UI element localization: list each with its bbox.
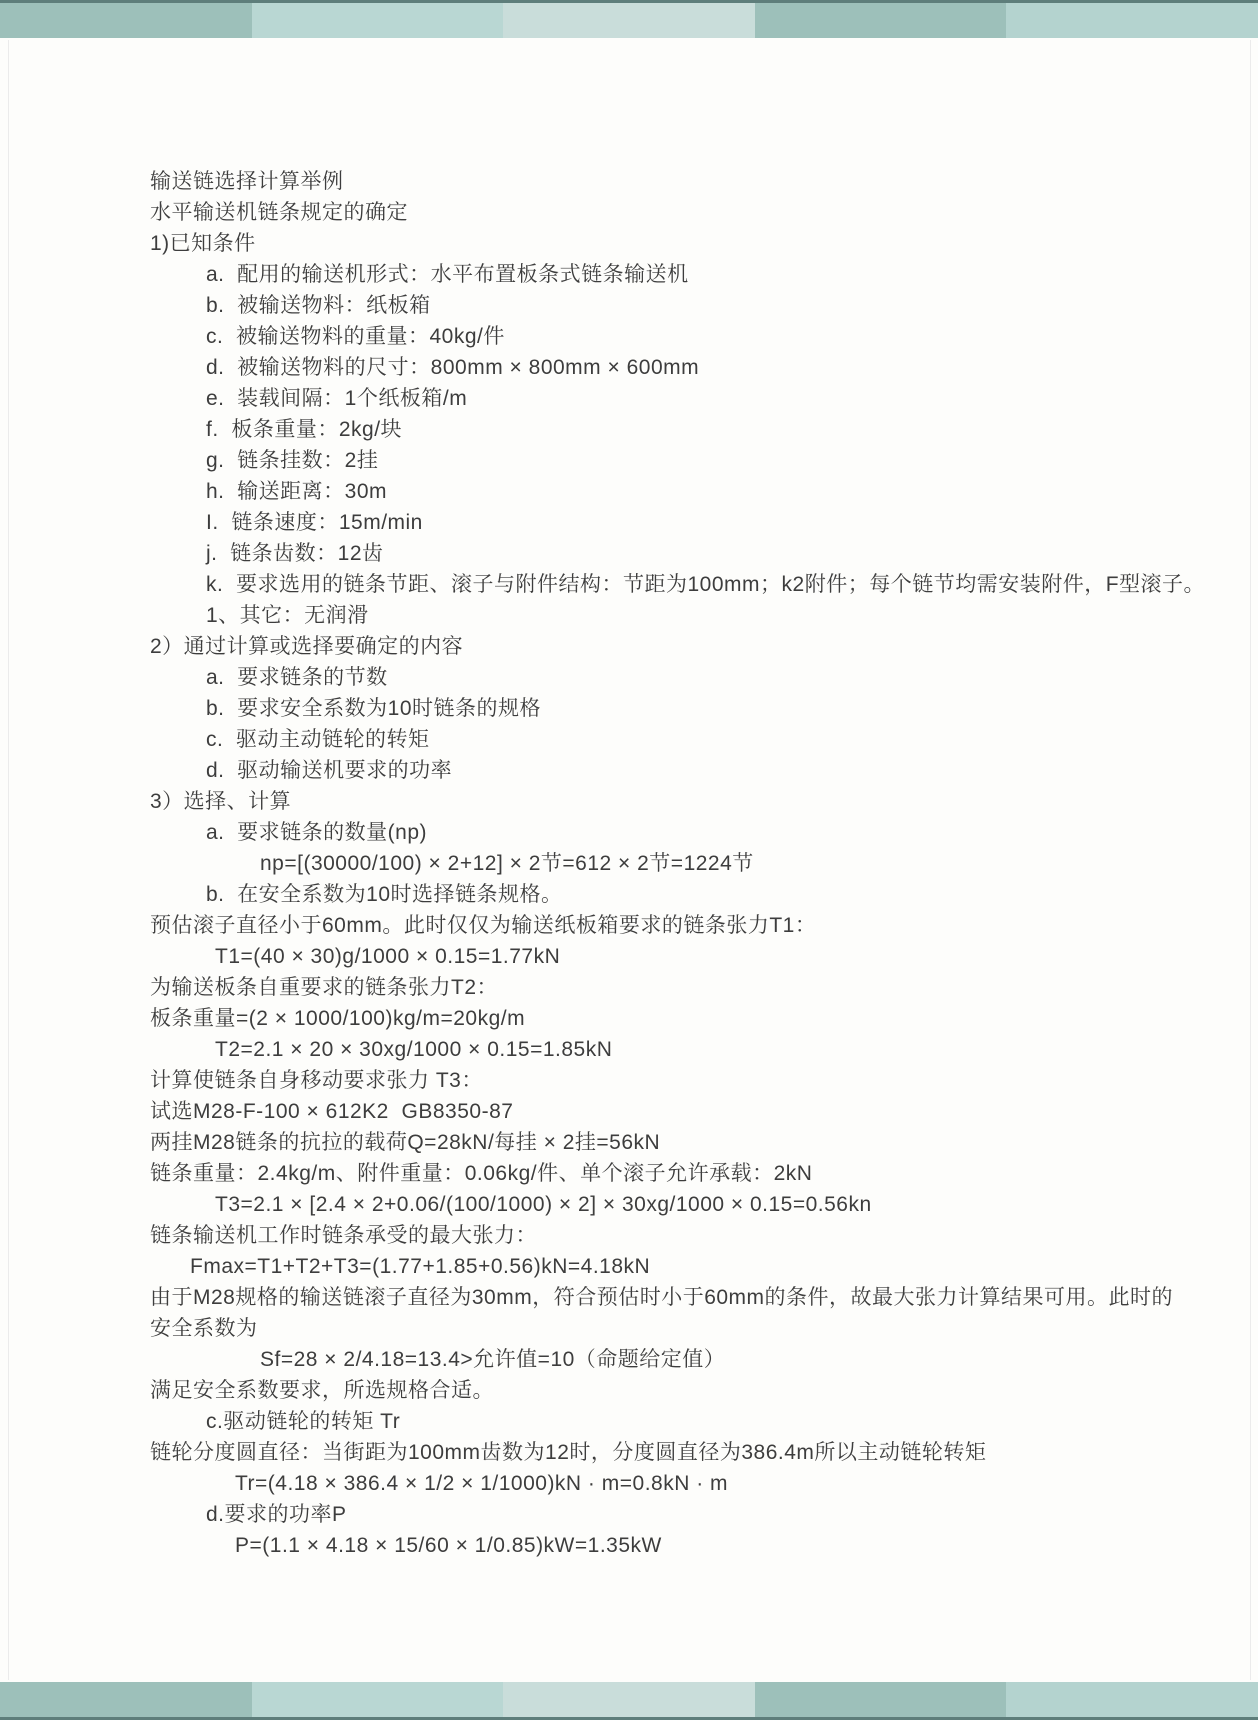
border-band-segment — [1006, 3, 1258, 38]
doc-line: d. 驱动输送机要求的功率 — [0, 755, 1258, 786]
doc-line: I. 链条速度：15m/min — [0, 507, 1258, 538]
doc-line: 满足安全系数要求，所选规格合适。 — [0, 1375, 1258, 1406]
doc-line: 安全系数为 — [0, 1313, 1258, 1344]
doc-line: 板条重量=(2 × 1000/100)kg/m=20kg/m — [0, 1003, 1258, 1034]
doc-line: 1、其它：无润滑 — [0, 600, 1258, 631]
bottom-band-segments — [0, 1682, 1258, 1717]
top-border-decoration — [0, 0, 1258, 38]
doc-line: 为输送板条自重要求的链条张力T2： — [0, 972, 1258, 1003]
doc-line: 两挂M28链条的抗拉的载荷Q=28kN/每挂 × 2挂=56kN — [0, 1127, 1258, 1158]
border-band-segment — [252, 3, 504, 38]
doc-line: 输送链选择计算举例 — [0, 166, 1258, 197]
doc-line: g. 链条挂数：2挂 — [0, 445, 1258, 476]
doc-line: 由于M28规格的输送链滚子直径为30mm，符合预估时小于60mm的条件，故最大张… — [0, 1282, 1258, 1313]
doc-line: 试选M28-F-100 × 612K2 GB8350-87 — [0, 1096, 1258, 1127]
doc-line: a. 要求链条的节数 — [0, 662, 1258, 693]
doc-line: P=(1.1 × 4.18 × 15/60 × 1/0.85)kW=1.35kW — [0, 1530, 1258, 1561]
doc-line: b. 在安全系数为10时选择链条规格。 — [0, 879, 1258, 910]
scanned-document-page: { "page": { "background": "#fdfdfb", "te… — [0, 0, 1258, 1720]
doc-line: 链条输送机工作时链条承受的最大张力： — [0, 1220, 1258, 1251]
doc-line: 1)已知条件 — [0, 228, 1258, 259]
doc-line: Tr=(4.18 × 386.4 × 1/2 × 1/1000)kN · m=0… — [0, 1468, 1258, 1499]
doc-line: 预估滚子直径小于60mm。此时仅仅为输送纸板箱要求的链条张力T1： — [0, 910, 1258, 941]
doc-line: 链条重量：2.4kg/m、附件重量：0.06kg/件、单个滚子允许承载：2kN — [0, 1158, 1258, 1189]
doc-line: a. 配用的输送机形式：水平布置板条式链条输送机 — [0, 259, 1258, 290]
top-band-segments — [0, 3, 1258, 38]
border-band-segment — [503, 1682, 755, 1717]
doc-line: d.要求的功率P — [0, 1499, 1258, 1530]
doc-line: a. 要求链条的数量(np) — [0, 817, 1258, 848]
doc-line: j. 链条齿数：12齿 — [0, 538, 1258, 569]
bottom-border-decoration — [0, 1682, 1258, 1720]
doc-line: 2）通过计算或选择要确定的内容 — [0, 631, 1258, 662]
doc-line: T2=2.1 × 20 × 30xg/1000 × 0.15=1.85kN — [0, 1034, 1258, 1065]
doc-line: 水平输送机链条规定的确定 — [0, 197, 1258, 228]
doc-line: b. 被输送物料：纸板箱 — [0, 290, 1258, 321]
border-band-segment — [755, 1682, 1007, 1717]
doc-line: 链轮分度圆直径：当街距为100mm齿数为12时，分度圆直径为386.4m所以主动… — [0, 1437, 1258, 1468]
doc-line: h. 输送距离：30m — [0, 476, 1258, 507]
doc-line: f. 板条重量：2kg/块 — [0, 414, 1258, 445]
doc-line: Sf=28 × 2/4.18=13.4>允许值=10（命题给定值） — [0, 1344, 1258, 1375]
border-band-segment — [252, 1682, 504, 1717]
doc-line: Fmax=T1+T2+T3=(1.77+1.85+0.56)kN=4.18kN — [0, 1251, 1258, 1282]
document-body: 输送链选择计算举例水平输送机链条规定的确定1)已知条件a. 配用的输送机形式：水… — [0, 166, 1258, 1561]
doc-line: c. 被输送物料的重量：40kg/件 — [0, 321, 1258, 352]
border-band-segment — [1006, 1682, 1258, 1717]
doc-line: c. 驱动主动链轮的转矩 — [0, 724, 1258, 755]
doc-line: T1=(40 × 30)g/1000 × 0.15=1.77kN — [0, 941, 1258, 972]
border-band-segment — [755, 3, 1007, 38]
doc-line: T3=2.1 × [2.4 × 2+0.06/(100/1000) × 2] ×… — [0, 1189, 1258, 1220]
doc-line: b. 要求安全系数为10时链条的规格 — [0, 693, 1258, 724]
doc-line: k. 要求选用的链条节距、滚子与附件结构：节距为100mm；k2附件；每个链节均… — [0, 569, 1258, 600]
doc-line: e. 装载间隔：1个纸板箱/m — [0, 383, 1258, 414]
doc-line: 3）选择、计算 — [0, 786, 1258, 817]
doc-line: c.驱动链轮的转矩 Tr — [0, 1406, 1258, 1437]
border-band-segment — [503, 3, 755, 38]
doc-line: np=[(30000/100) × 2+12] × 2节=612 × 2节=12… — [0, 848, 1258, 879]
border-band-segment — [0, 1682, 252, 1717]
border-band-segment — [0, 3, 252, 38]
doc-line: 计算使链条自身移动要求张力 T3： — [0, 1065, 1258, 1096]
doc-line: d. 被输送物料的尺寸：800mm × 800mm × 600mm — [0, 352, 1258, 383]
